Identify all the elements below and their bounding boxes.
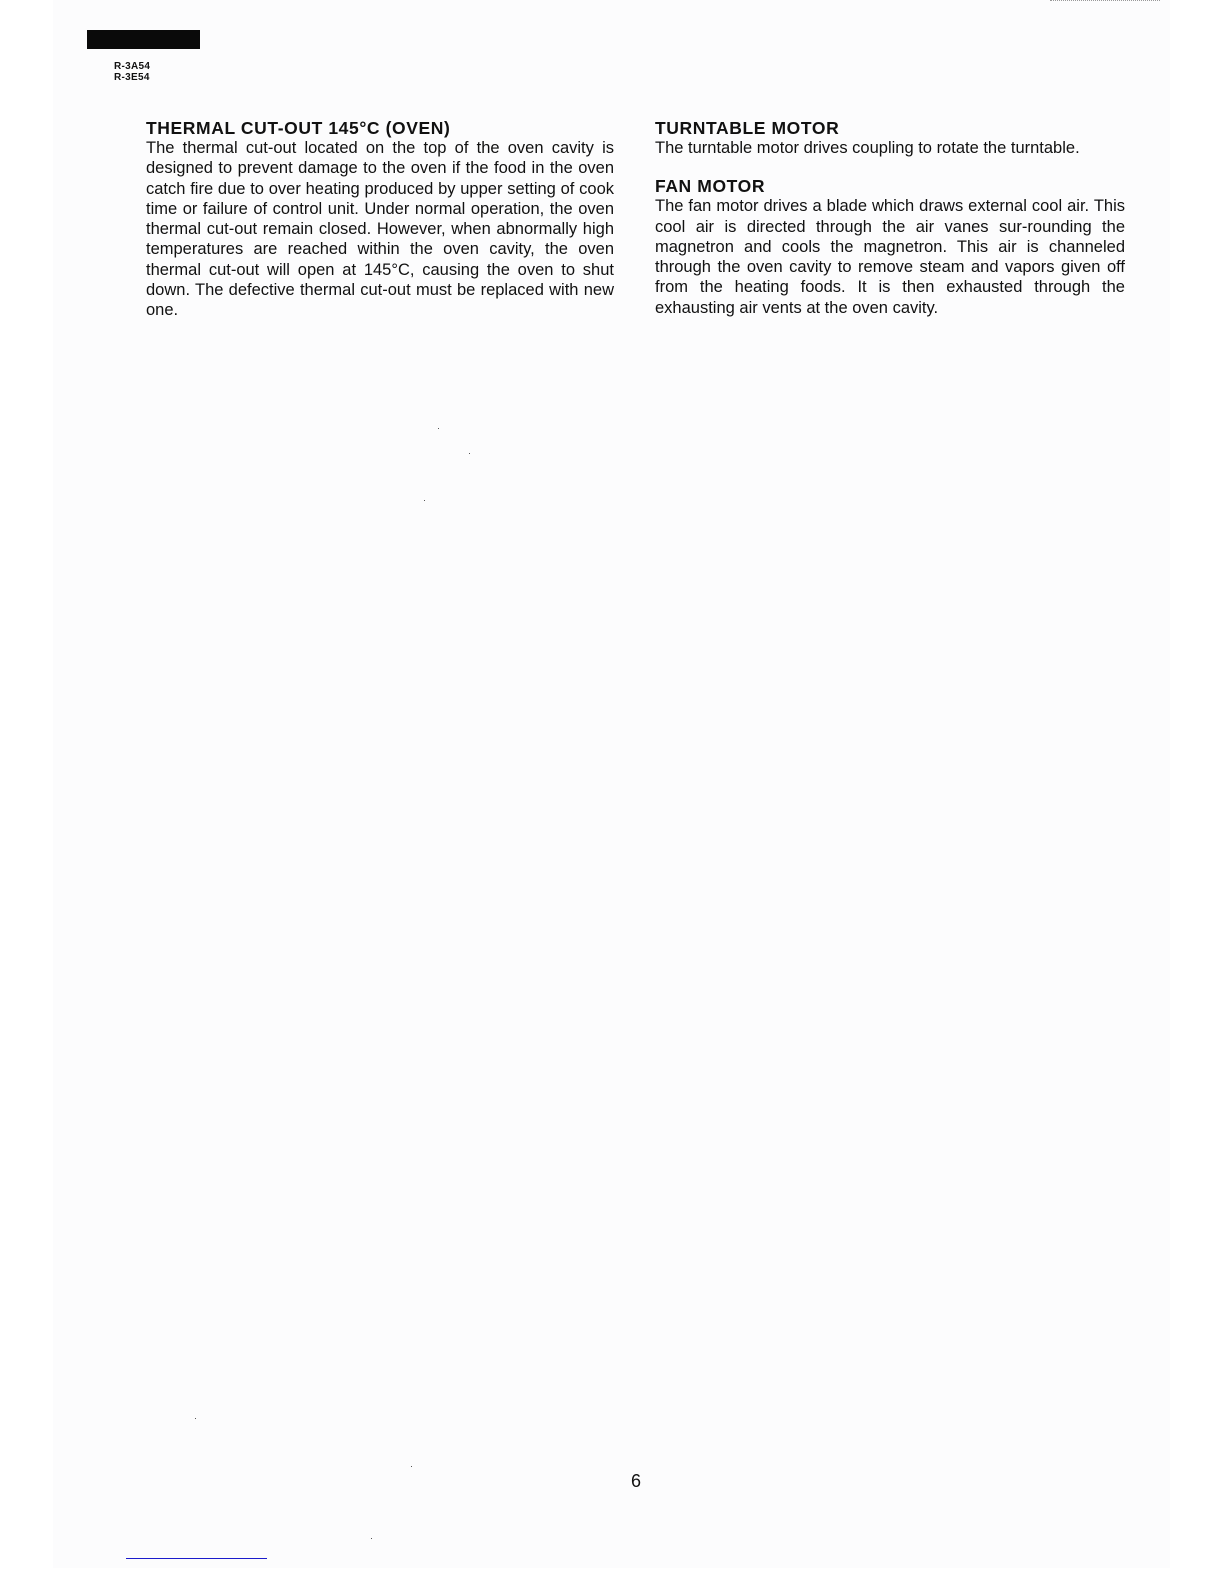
thermal-cutout-body: The thermal cut-out located on the top o…	[146, 138, 614, 321]
scan-speck	[411, 1466, 412, 1467]
footer-blue-line	[126, 1558, 267, 1559]
section-gap	[655, 158, 1125, 176]
scan-speck	[438, 428, 439, 429]
scan-speck	[469, 453, 470, 454]
model-number-2: R-3E54	[114, 72, 150, 83]
right-column: TURNTABLE MOTOR The turntable motor driv…	[655, 118, 1125, 318]
left-column: THERMAL CUT-OUT 145°C (OVEN) The thermal…	[146, 118, 614, 321]
thermal-cutout-heading: THERMAL CUT-OUT 145°C (OVEN)	[146, 118, 614, 138]
top-dotted-rule	[1050, 0, 1160, 2]
model-number-1: R-3A54	[114, 61, 150, 72]
turntable-motor-body: The turntable motor drives coupling to r…	[655, 138, 1125, 158]
header-black-bar	[87, 30, 200, 49]
turntable-motor-heading: TURNTABLE MOTOR	[655, 118, 1125, 138]
scan-speck	[195, 1418, 196, 1419]
page-number: 6	[631, 1471, 641, 1492]
fan-motor-heading: FAN MOTOR	[655, 176, 1125, 196]
scan-speck	[371, 1538, 372, 1539]
fan-motor-body: The fan motor drives a blade which draws…	[655, 196, 1125, 318]
scan-speck	[424, 500, 425, 501]
